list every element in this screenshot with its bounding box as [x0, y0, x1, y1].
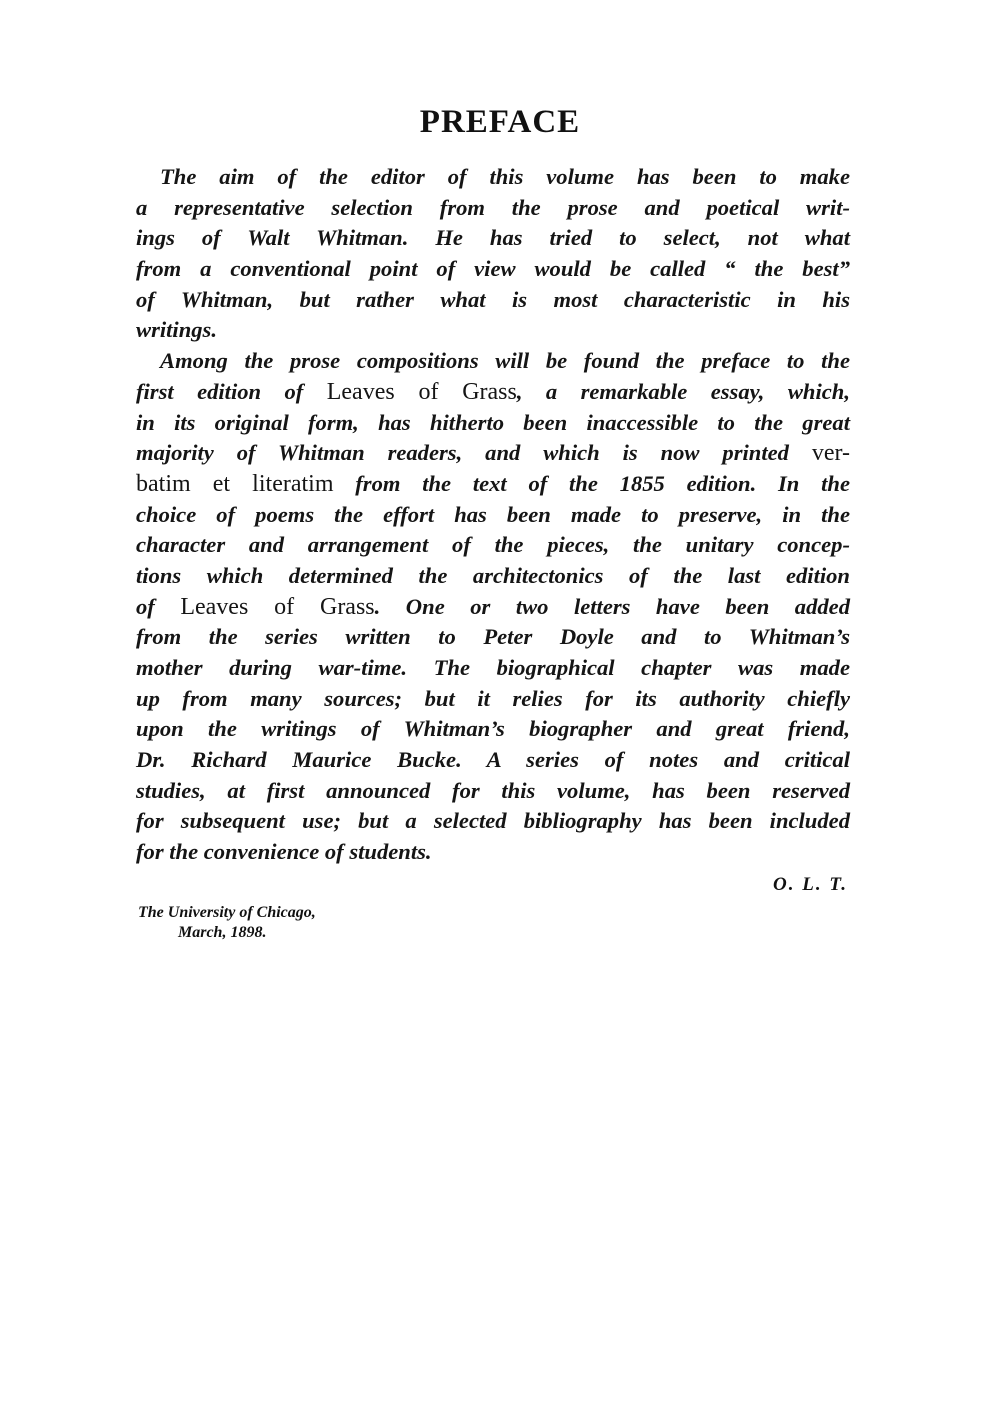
- text-line: of Whitman, but rather what is most char…: [136, 285, 850, 316]
- text-line: first edition of Leaves of Grass, a rema…: [136, 377, 850, 408]
- text-line: Dr. Richard Maurice Bucke. A series of n…: [136, 745, 850, 776]
- text-line: for subsequent use; but a selected bibli…: [136, 806, 850, 837]
- text-line: a representative selection from the pros…: [136, 193, 850, 224]
- text-line: choice of poems the effort has been made…: [136, 500, 850, 531]
- text-line: studies, at first announced for this vol…: [136, 776, 850, 807]
- text-line: of Leaves of Grass. One or two letters h…: [136, 592, 850, 623]
- preface-body: The aim of the editor of this volume has…: [136, 162, 850, 868]
- paragraph-2: Among the prose compositions will be fou…: [136, 346, 850, 868]
- text-line: for the convenience of students.: [136, 837, 850, 868]
- place: The University of Chicago,: [138, 904, 316, 921]
- text-line: from the series written to Peter Doyle a…: [136, 622, 850, 653]
- text-line: from a conventional point of view would …: [136, 254, 850, 285]
- paragraph-1: The aim of the editor of this volume has…: [136, 162, 850, 346]
- page-title: PREFACE: [0, 104, 1000, 141]
- text-line: upon the writings of Whitman’s biographe…: [136, 714, 850, 745]
- text-line: Among the prose compositions will be fou…: [136, 346, 850, 377]
- text-line: tions which determined the architectonic…: [136, 561, 850, 592]
- place-date-block: The University of Chicago, March, 1898.: [138, 903, 316, 943]
- text-line: character and arrangement of the pieces,…: [136, 530, 850, 561]
- signature-initials: O. L. T.: [773, 874, 848, 896]
- text-line: writings.: [136, 315, 850, 346]
- text-line: in its original form, has hitherto been …: [136, 408, 850, 439]
- text-line: ings of Walt Whitman. He has tried to se…: [136, 223, 850, 254]
- text-line: up from many sources; but it relies for …: [136, 684, 850, 715]
- text-line: mother during war-time. The biographical…: [136, 653, 850, 684]
- text-line: majority of Whitman readers, and which i…: [136, 438, 850, 469]
- text-line: The aim of the editor of this volume has…: [136, 162, 850, 193]
- text-line: batim et literatim from the text of the …: [136, 469, 850, 500]
- date: March, 1898.: [138, 923, 316, 943]
